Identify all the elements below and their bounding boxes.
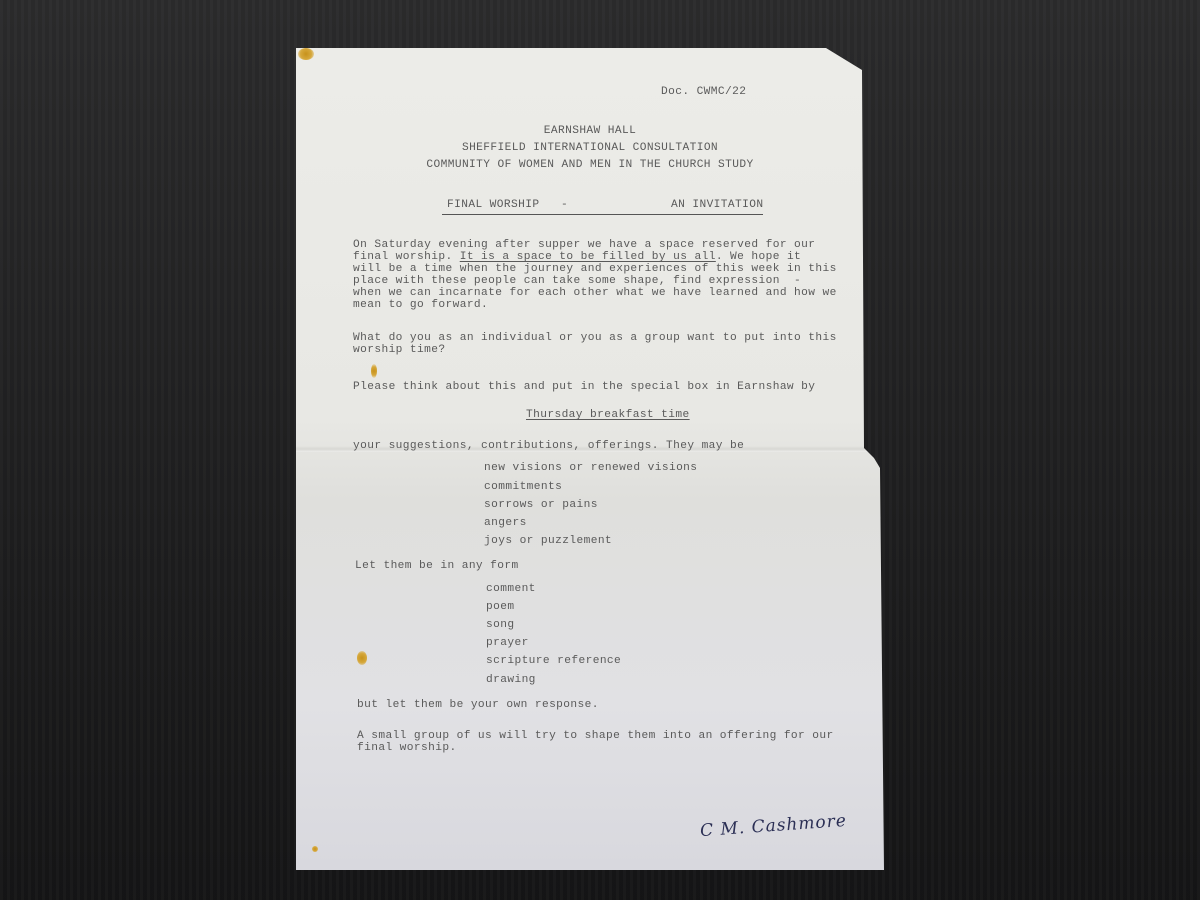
list-item: scripture reference: [486, 655, 621, 667]
para1-line4: place with these people can take some sh…: [353, 275, 801, 287]
title-dash: -: [561, 199, 568, 211]
list-item: drawing: [486, 674, 536, 686]
stain-bottom-left: [312, 846, 318, 852]
deadline: Thursday breakfast time: [526, 409, 690, 421]
list-item: new visions or renewed visions: [484, 462, 697, 474]
header-line-2: SHEFFIELD INTERNATIONAL CONSULTATION: [296, 142, 884, 154]
list-item: angers: [484, 517, 527, 529]
para1-line2: final worship. It is a space to be fille…: [353, 251, 801, 263]
title-left: FINAL WORSHIP: [447, 199, 539, 211]
para4: your suggestions, contributions, offerin…: [353, 440, 744, 452]
para7-line1: A small group of us will try to shape th…: [357, 730, 834, 742]
para5: Let them be in any form: [355, 560, 519, 572]
list-item: commitments: [484, 481, 562, 493]
para7-line2: final worship.: [357, 742, 457, 754]
para1-line3: will be a time when the journey and expe…: [353, 263, 837, 275]
handwritten-signature: C M. Cashmore: [699, 811, 847, 841]
list-item: comment: [486, 583, 536, 595]
title-right: AN INVITATION: [671, 199, 763, 211]
stain-top-left: [298, 48, 314, 60]
document-sheet: Doc. CWMC/22 EARNSHAW HALL SHEFFIELD INT…: [296, 48, 884, 870]
para3: Please think about this and put in the s…: [353, 381, 815, 393]
para2-line1: What do you as an individual or you as a…: [353, 332, 837, 344]
header-line-3: COMMUNITY OF WOMEN AND MEN IN THE CHURCH…: [296, 159, 884, 171]
para1-line5: when we can incarnate for each other wha…: [353, 287, 837, 299]
doc-reference: Doc. CWMC/22: [661, 86, 746, 98]
para1-line2-pre: final worship.: [353, 251, 460, 263]
para1-line1: On Saturday evening after supper we have…: [353, 239, 815, 251]
emphasis-underlined: It is a space to be filled by us all: [460, 251, 716, 263]
list-item: prayer: [486, 637, 529, 649]
para6: but let them be your own response.: [357, 699, 599, 711]
list-item: song: [486, 619, 514, 631]
list-item: sorrows or pains: [484, 499, 598, 511]
para1-line6: mean to go forward.: [353, 299, 488, 311]
list-item: poem: [486, 601, 514, 613]
para2-line2: worship time?: [353, 344, 445, 356]
para1-line2-post: . We hope it: [716, 251, 801, 263]
list-item: joys or puzzlement: [484, 535, 612, 547]
stain-mid: [371, 364, 377, 378]
stain-left: [357, 651, 367, 665]
title-underline: [442, 214, 763, 215]
header-line-1: EARNSHAW HALL: [296, 125, 884, 137]
